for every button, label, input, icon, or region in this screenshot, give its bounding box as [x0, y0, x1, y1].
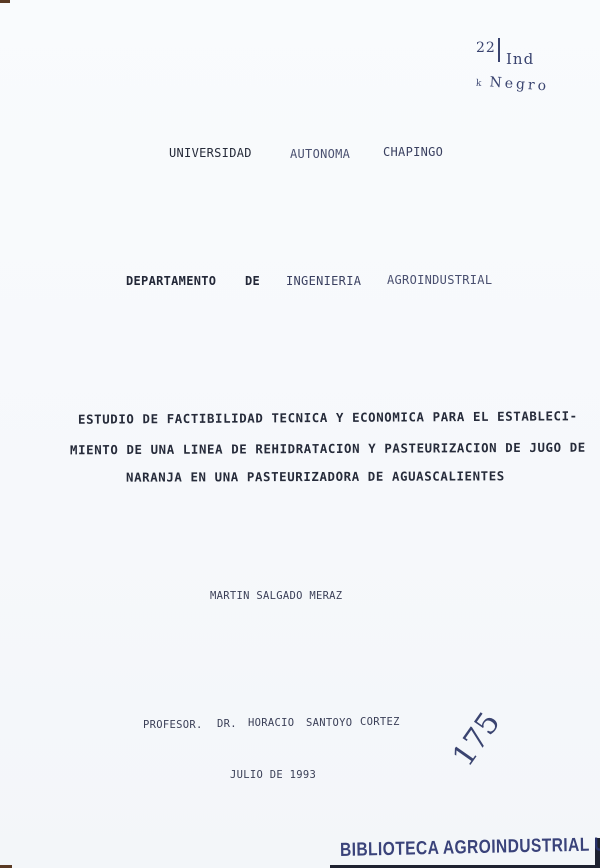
- advisor-title: DR.: [217, 718, 237, 730]
- department-word-1: DEPARTAMENTO: [126, 274, 216, 288]
- thesis-title-line-2: MIENTO DE UNA LINEA DE REHIDRATACION Y P…: [70, 440, 586, 458]
- thesis-title-line-3: NARANJA EN UNA PASTEURIZADORA DE AGUASCA…: [126, 468, 505, 484]
- advisor-first-name: HORACIO: [248, 717, 294, 729]
- handwritten-note-prefix: k: [476, 78, 482, 88]
- institution-word-3: CHAPINGO: [383, 145, 443, 159]
- scan-edge-top-left: [0, 0, 10, 3]
- scanned-page: 22 Ind kNegro UNIVERSIDAD AUTONOMA CHAPI…: [0, 0, 600, 868]
- handwritten-catalog-code: 22: [476, 40, 496, 56]
- submission-date: JULIO DE 1993: [230, 769, 316, 781]
- handwritten-catalog-suffix: Ind: [506, 50, 534, 68]
- thesis-title-line-1: ESTUDIO DE FACTIBILIDAD TECNICA Y ECONOM…: [78, 408, 578, 426]
- department-word-4: AGROINDUSTRIAL: [387, 273, 492, 287]
- handwritten-note-text: Negro: [489, 74, 550, 94]
- department-word-2: DE: [245, 274, 260, 288]
- advisor-last-name: CORTEZ: [360, 716, 400, 728]
- institution-word-1: UNIVERSIDAD: [169, 146, 252, 160]
- handwritten-note: kNegro: [476, 73, 550, 94]
- author-name: MARTIN SALGADO MERAZ: [210, 590, 342, 602]
- institution-word-2: AUTONOMA: [290, 147, 350, 161]
- advisor-middle-name: SANTOYO: [306, 717, 352, 729]
- handwritten-divider: [498, 38, 500, 62]
- handwritten-page-count: 175: [446, 706, 508, 773]
- department-word-3: INGENIERIA: [286, 274, 361, 288]
- library-stamp: BIBLIOTECA AGROINDUSTRIAL UACH: [340, 834, 600, 862]
- advisor-label: PROFESOR.: [143, 719, 203, 731]
